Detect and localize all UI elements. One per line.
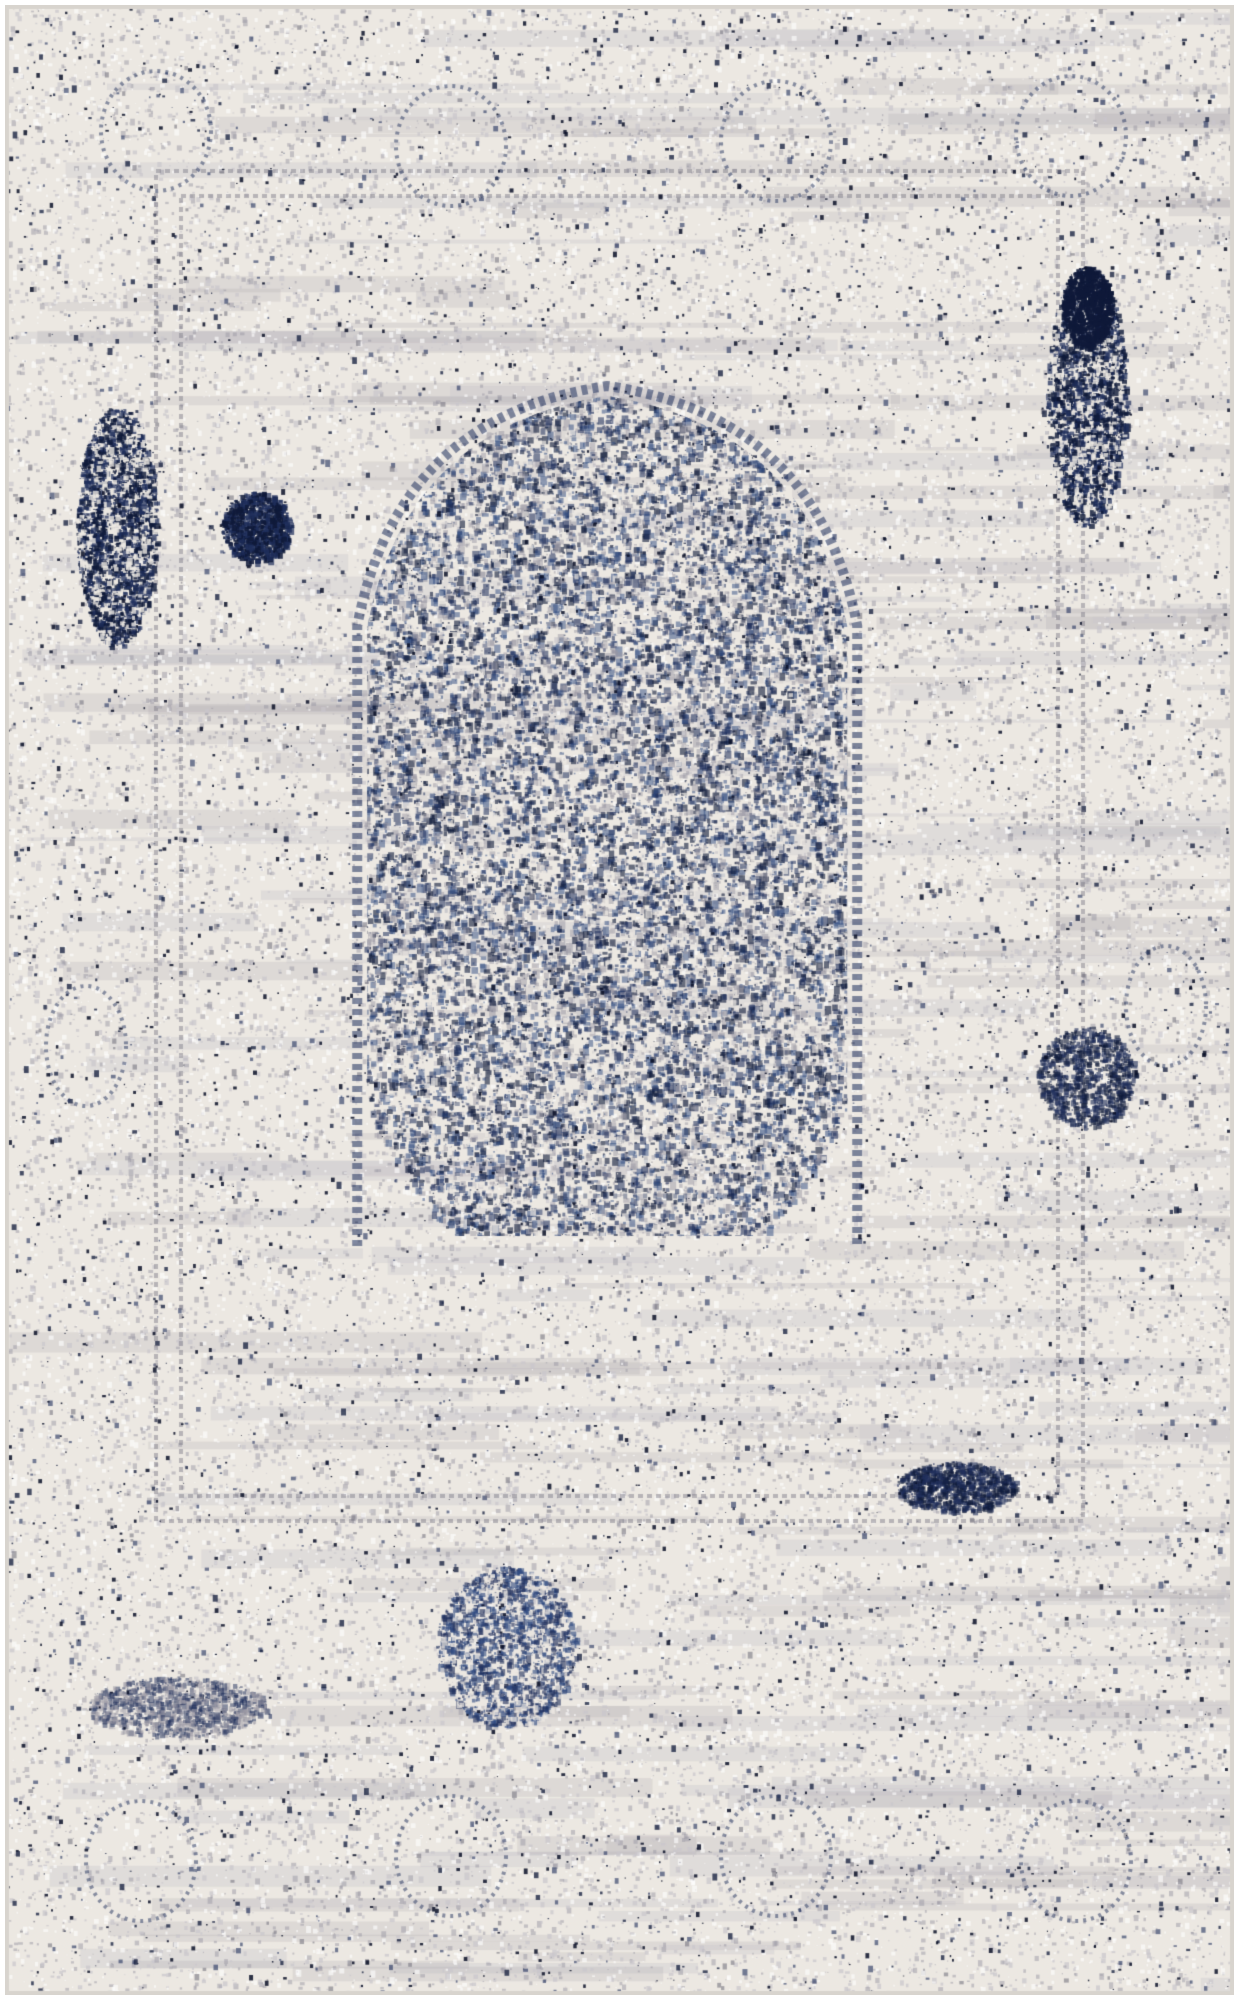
rug-pattern xyxy=(6,6,1233,1994)
rug-photo xyxy=(6,6,1233,1994)
